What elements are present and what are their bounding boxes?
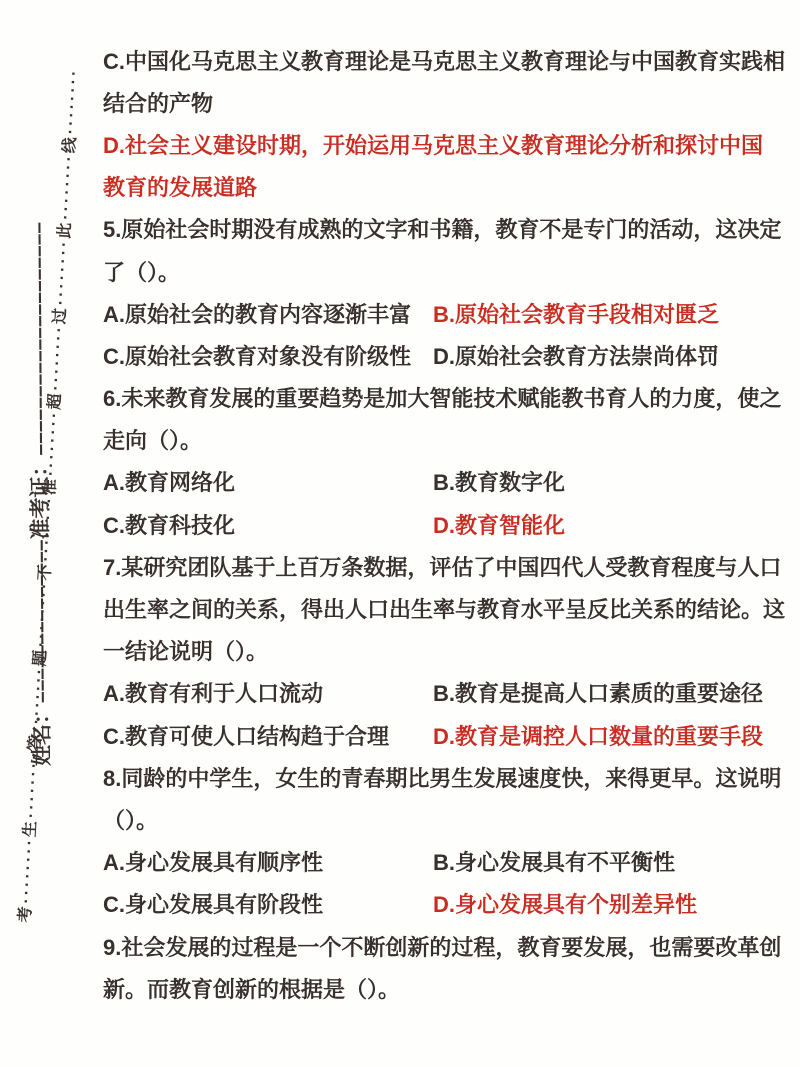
option-cell: A.原始社会的教育内容逐渐丰富	[103, 298, 411, 329]
option-cell: C.教育科技化	[103, 509, 235, 540]
option-cell: D.身心发展具有个别差异性	[433, 888, 697, 919]
text-line: 5.原始社会时期没有成熟的文字和书籍，教育不是专门的活动，这决定	[103, 208, 795, 250]
option-cell: C.身心发展具有阶段性	[103, 888, 323, 919]
question-area: C.中国化马克思主义教育理论是马克思主义教育理论与中国教育实践相结合的产物D.社…	[103, 39, 795, 1009]
text-line: 9.社会发展的过程是一个不断创新的过程，教育要发展，也需要改革创	[103, 925, 795, 967]
text-line: D.社会主义建设时期，开始运用马克思主义教育理论分析和探讨中国	[103, 123, 795, 165]
text-line: （）。	[103, 798, 795, 840]
option-row: C.教育科技化D.教育智能化	[103, 503, 795, 545]
text-line: 7.某研究团队基于上百万条数据，评估了中国四代人受教育程度与人口	[103, 545, 795, 587]
option-cell: D.原始社会教育方法崇尚体罚	[433, 340, 719, 371]
text-line: 一结论说明（）。	[103, 630, 795, 672]
seal-line-no-cross-text: 考········生········答········题········不···…	[12, 67, 84, 923]
text-line: 6.未来教育发展的重要趋势是加大智能技术赋能教书育人的力度，使之	[103, 377, 795, 419]
text-line: 出生率之间的关系，得出人口出生率与教育水平呈反比关系的结论。这	[103, 587, 795, 629]
text-line: 8.同龄的中学生，女生的青春期比男生发展速度快，来得更早。这说明	[103, 756, 795, 798]
option-row: C.教育可使人口结构趋于合理D.教育是调控人口数量的重要手段	[103, 714, 795, 756]
option-cell: A.身心发展具有顺序性	[103, 846, 323, 877]
text-line: 结合的产物	[103, 81, 795, 123]
option-cell: A.教育网络化	[103, 466, 235, 497]
option-cell: D.教育是调控人口数量的重要手段	[433, 720, 763, 751]
option-row: C.身心发展具有阶段性D.身心发展具有个别差异性	[103, 883, 795, 925]
option-cell: B.教育数字化	[433, 466, 565, 497]
text-line: 教育的发展道路	[103, 166, 795, 208]
option-cell: D.教育智能化	[433, 509, 565, 540]
option-cell: C.原始社会教育对象没有阶级性	[103, 340, 411, 371]
option-cell: B.原始社会教育手段相对匮乏	[433, 298, 719, 329]
option-cell: C.教育可使人口结构趋于合理	[103, 720, 389, 751]
option-row: A.教育网络化B.教育数字化	[103, 461, 795, 503]
option-cell: A.教育有利于人口流动	[103, 677, 323, 708]
text-line: 了（）。	[103, 250, 795, 292]
text-line: 新。而教育创新的根据是（）。	[103, 967, 795, 1009]
exam-paper-page: 姓名：––––––––––––––准考证：–––––––––––––––––––…	[0, 0, 800, 1067]
option-cell: B.教育是提高人口素质的重要途径	[433, 677, 763, 708]
text-line: 走向（）。	[103, 419, 795, 461]
option-row: A.教育有利于人口流动B.教育是提高人口素质的重要途径	[103, 672, 795, 714]
text-line: C.中国化马克思主义教育理论是马克思主义教育理论与中国教育实践相	[103, 39, 795, 81]
option-row: C.原始社会教育对象没有阶级性D.原始社会教育方法崇尚体罚	[103, 334, 795, 376]
option-row: A.身心发展具有顺序性B.身心发展具有不平衡性	[103, 841, 795, 883]
option-cell: B.身心发展具有不平衡性	[433, 846, 675, 877]
option-row: A.原始社会的教育内容逐渐丰富B.原始社会教育手段相对匮乏	[103, 292, 795, 334]
